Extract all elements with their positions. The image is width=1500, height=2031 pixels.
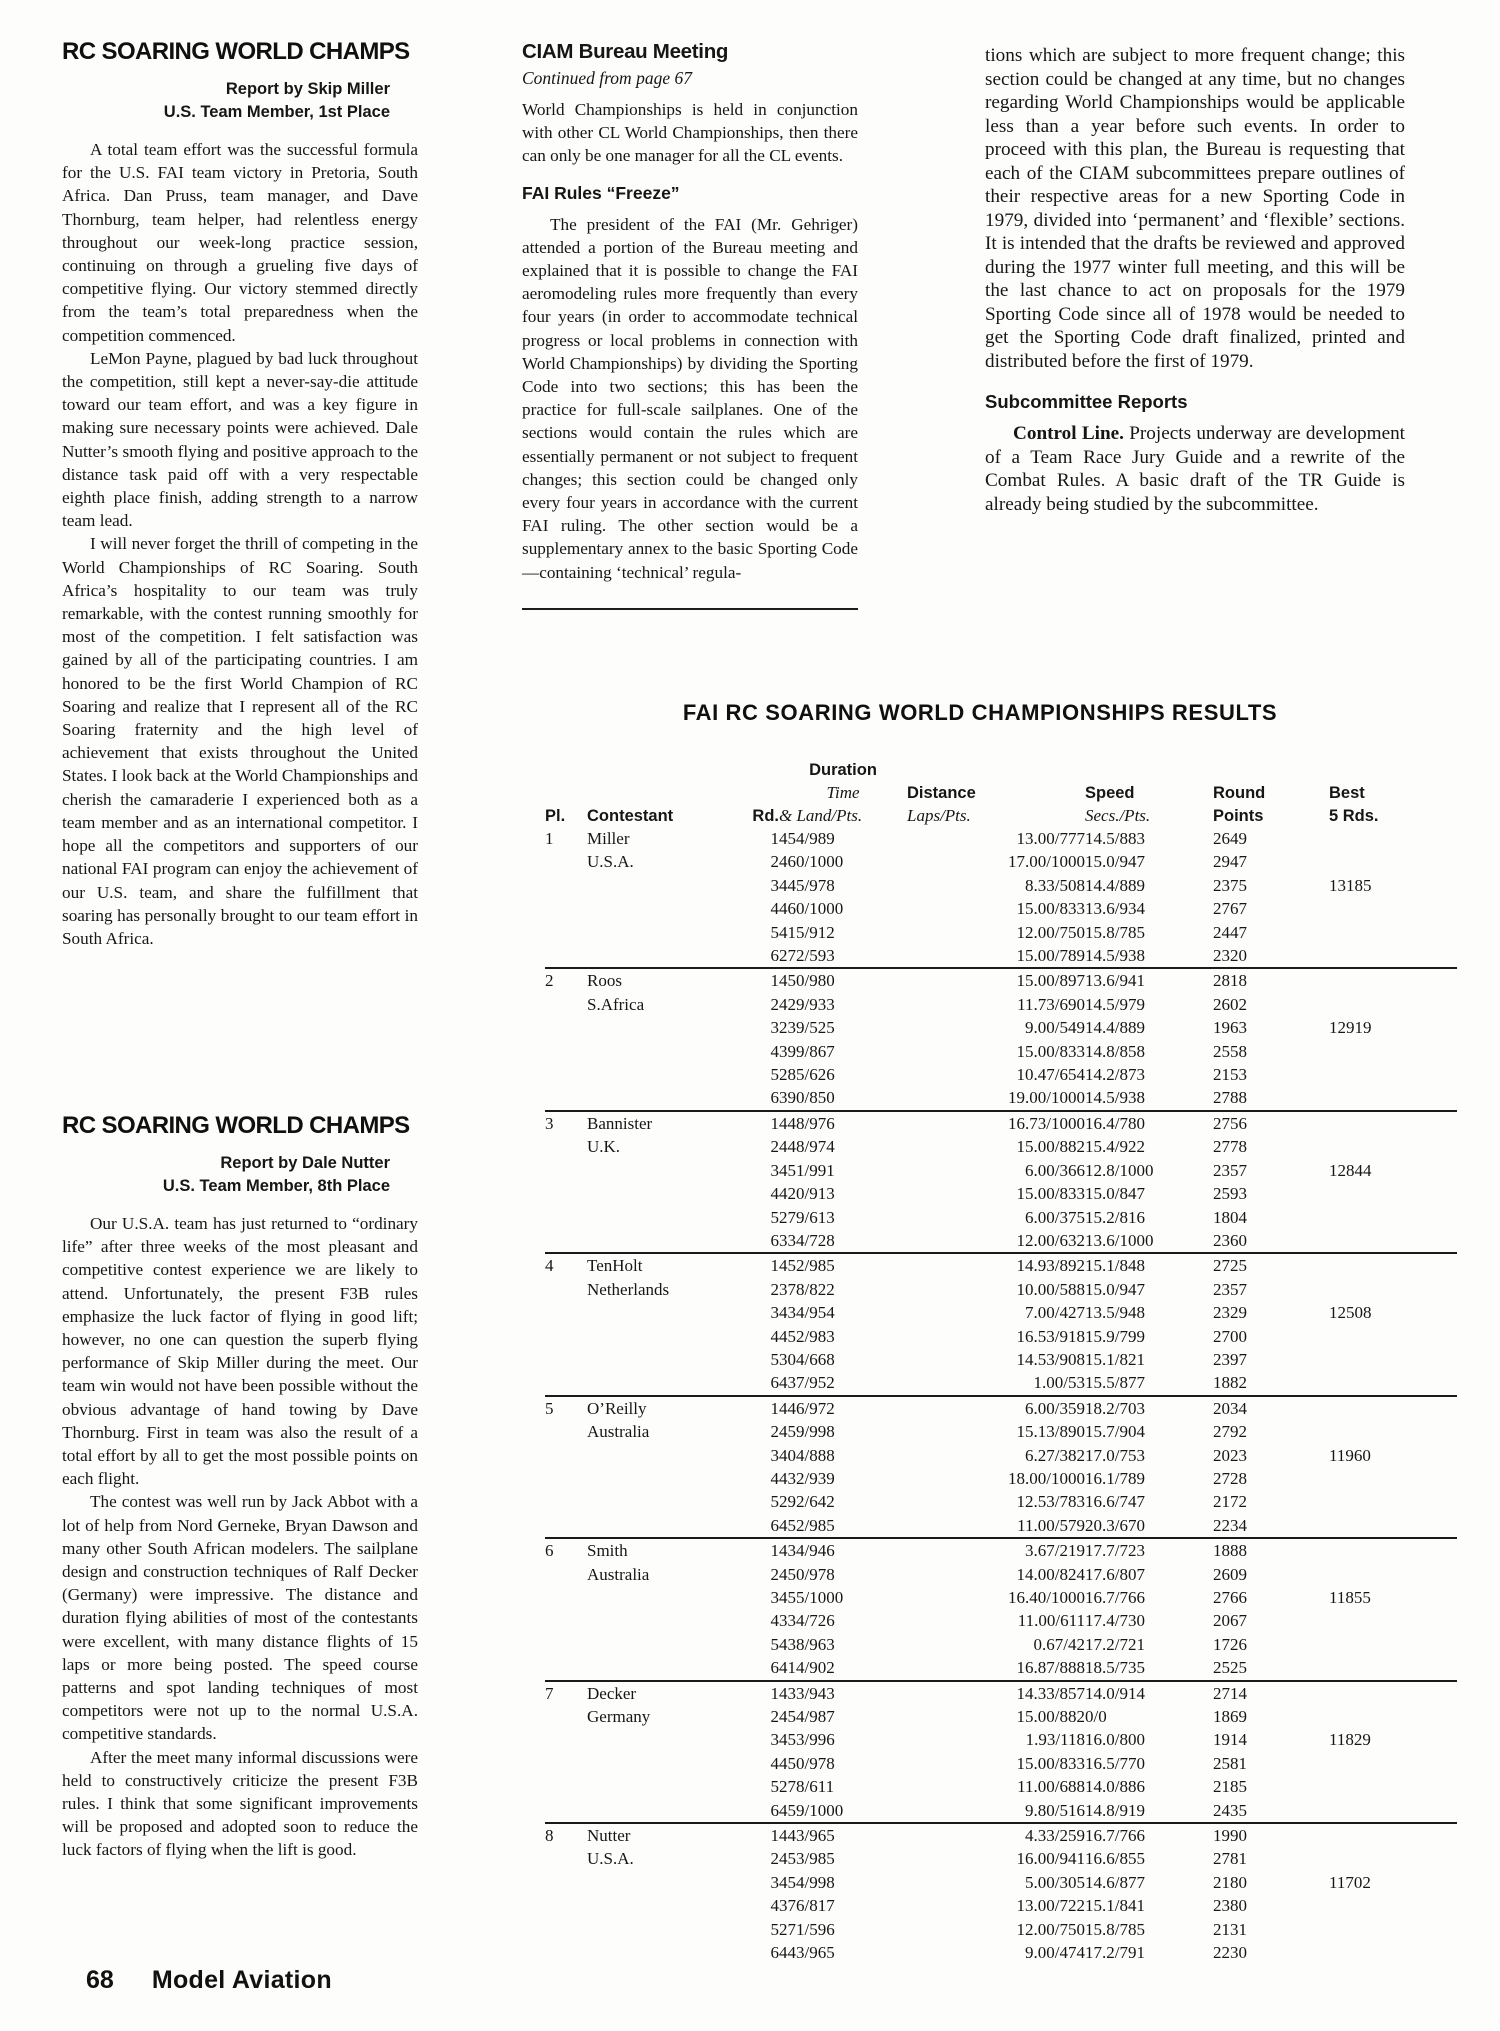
cell-place: [545, 1444, 587, 1467]
cell-distance: 16.40/1000: [907, 1586, 1085, 1609]
cell-speed: 0/0: [1085, 1705, 1213, 1728]
cell-round: 2: [735, 1278, 779, 1301]
cell-round: 1: [735, 1111, 779, 1135]
header-spacer: [907, 758, 1457, 781]
cell-points: 2781: [1213, 1847, 1329, 1870]
header-spacer: [545, 758, 779, 781]
cell-best: [1329, 1420, 1457, 1443]
header-laps-pts: Laps/Pts.: [907, 804, 1085, 827]
cell-contestant: [587, 1894, 735, 1917]
cell-best: [1329, 1111, 1457, 1135]
cell-contestant: [587, 944, 735, 968]
cell-contestant: [587, 1325, 735, 1348]
cell-points: 2593: [1213, 1182, 1329, 1205]
header-best-rds: 5 Rds.: [1329, 804, 1457, 827]
cell-round: 6: [735, 1229, 779, 1253]
cell-distance: 0.67/42: [907, 1633, 1085, 1656]
cell-speed: 14.8/919: [1085, 1799, 1213, 1823]
cell-round: 5: [735, 1775, 779, 1798]
cell-place: [545, 1752, 587, 1775]
cell-round: 2: [735, 1563, 779, 1586]
cell-points: 2131: [1213, 1918, 1329, 1941]
results-row: 3445/9788.33/50814.4/889237513185: [545, 874, 1457, 897]
cell-best: [1329, 1538, 1457, 1562]
cell-distance: 9.80/516: [907, 1799, 1085, 1823]
results-row: 5O’Reilly1446/9726.00/35918.2/7032034: [545, 1396, 1457, 1420]
results-row: 6414/90216.87/88818.5/7352525: [545, 1656, 1457, 1680]
cell-points: 2700: [1213, 1325, 1329, 1348]
cell-speed: 15.7/904: [1085, 1420, 1213, 1443]
cell-duration: 443/965: [779, 1941, 907, 1964]
cell-distance: 9.00/474: [907, 1941, 1085, 1964]
cell-duration: 459/998: [779, 1420, 907, 1443]
cell-points: 2397: [1213, 1348, 1329, 1371]
header-row-3: Pl. Contestant Rd. & Land/Pts. Laps/Pts.…: [545, 804, 1457, 827]
magazine-name: Model Aviation: [152, 1966, 332, 1995]
cell-distance: 14.93/892: [907, 1253, 1085, 1277]
cell-best: [1329, 1206, 1457, 1229]
cell-round: 1: [735, 1823, 779, 1847]
cell-best: [1329, 1229, 1457, 1253]
cell-points: 2360: [1213, 1229, 1329, 1253]
results-row: 5278/61111.00/68814.0/8862185: [545, 1775, 1457, 1798]
results-row: S.Africa2429/93311.73/69014.5/9792602: [545, 993, 1457, 1016]
cell-contestant: [587, 1206, 735, 1229]
cell-duration: 450/978: [779, 1563, 907, 1586]
article-soaring-nutter: RC SOARING WORLD CHAMPS Report by Dale N…: [62, 1112, 418, 1862]
cell-best: 11855: [1329, 1586, 1457, 1609]
paragraph: The contest was well run by Jack Abbot w…: [62, 1490, 418, 1745]
cell-place: [545, 874, 587, 897]
cell-contestant: U.S.A.: [587, 1847, 735, 1870]
cell-duration: 452/985: [779, 1253, 907, 1277]
results-row: 1Miller1454/98913.00/77714.5/8832649: [545, 827, 1457, 850]
cell-contestant: [587, 1444, 735, 1467]
header-time: Time: [779, 781, 907, 804]
cell-points: 2380: [1213, 1894, 1329, 1917]
cell-best: [1329, 1348, 1457, 1371]
cell-speed: 18.2/703: [1085, 1396, 1213, 1420]
cell-points: 2725: [1213, 1253, 1329, 1277]
results-row: 3Bannister1448/97616.73/100016.4/7802756: [545, 1111, 1457, 1135]
cell-duration: 239/525: [779, 1016, 907, 1039]
byline: Report by Dale Nutter U.S. Team Member, …: [62, 1152, 418, 1198]
cell-contestant: [587, 1348, 735, 1371]
cell-best: [1329, 1894, 1457, 1917]
cell-distance: 10.00/588: [907, 1278, 1085, 1301]
cell-points: 2766: [1213, 1586, 1329, 1609]
cell-contestant: [587, 1918, 735, 1941]
cell-distance: 11.00/688: [907, 1775, 1085, 1798]
results-row: 6443/9659.00/47417.2/7912230: [545, 1941, 1457, 1964]
article-ciam-continued: tions which are subject to more frequent…: [985, 44, 1405, 516]
cell-round: 2: [735, 993, 779, 1016]
results-row: 2Roos1450/98015.00/89713.6/9412818: [545, 968, 1457, 992]
cell-points: 2788: [1213, 1086, 1329, 1110]
cell-speed: 17.0/753: [1085, 1444, 1213, 1467]
cell-best: 12844: [1329, 1159, 1457, 1182]
cell-distance: 18.00/1000: [907, 1467, 1085, 1490]
cell-place: [545, 1325, 587, 1348]
cell-contestant: Australia: [587, 1420, 735, 1443]
cell-contestant: TenHolt: [587, 1253, 735, 1277]
cell-best: [1329, 1467, 1457, 1490]
cell-place: [545, 1847, 587, 1870]
cell-best: [1329, 1847, 1457, 1870]
cell-round: 6: [735, 1799, 779, 1823]
cell-best: [1329, 1799, 1457, 1823]
cell-place: [545, 1918, 587, 1941]
cell-speed: 15.2/816: [1085, 1206, 1213, 1229]
cell-speed: 14.6/877: [1085, 1871, 1213, 1894]
cell-distance: 16.73/1000: [907, 1111, 1085, 1135]
cell-speed: 18.5/735: [1085, 1656, 1213, 1680]
cell-round: 5: [735, 1918, 779, 1941]
cell-contestant: [587, 897, 735, 920]
cell-best: [1329, 1656, 1457, 1680]
cell-best: [1329, 1182, 1457, 1205]
article-title: RC SOARING WORLD CHAMPS: [62, 1112, 418, 1140]
cell-distance: 9.00/549: [907, 1016, 1085, 1039]
cell-speed: 16.7/766: [1085, 1823, 1213, 1847]
cell-distance: 12.53/783: [907, 1490, 1085, 1513]
cell-duration: 454/998: [779, 1871, 907, 1894]
results-row: 6437/9521.00/5315.5/8771882: [545, 1371, 1457, 1395]
cell-contestant: [587, 1941, 735, 1964]
cell-speed: 15.0/947: [1085, 850, 1213, 873]
cell-contestant: [587, 1371, 735, 1395]
cell-distance: 11.00/579: [907, 1514, 1085, 1538]
results-row: 6452/98511.00/57920.3/6702234: [545, 1514, 1457, 1538]
results-row: 4460/100015.00/83313.6/9342767: [545, 897, 1457, 920]
cell-contestant: [587, 1586, 735, 1609]
cell-distance: 6.00/375: [907, 1206, 1085, 1229]
article-title: RC SOARING WORLD CHAMPS: [62, 38, 418, 66]
cell-points: 2778: [1213, 1135, 1329, 1158]
results-table: Duration Time Distance Speed Round Best …: [545, 758, 1457, 1965]
cell-contestant: [587, 1301, 735, 1324]
cell-contestant: Roos: [587, 968, 735, 992]
cell-points: 1990: [1213, 1823, 1329, 1847]
cell-contestant: [587, 1159, 735, 1182]
cell-distance: 15.00/789: [907, 944, 1085, 968]
header-speed: Speed: [1085, 781, 1213, 804]
results-row: 5285/62610.47/65414.2/8732153: [545, 1063, 1457, 1086]
cell-contestant: [587, 1016, 735, 1039]
results-row: 6390/85019.00/100014.5/9382788: [545, 1086, 1457, 1110]
cell-round: 4: [735, 1325, 779, 1348]
cell-speed: 16.1/789: [1085, 1467, 1213, 1490]
cell-round: 1: [735, 1396, 779, 1420]
cell-points: 2558: [1213, 1040, 1329, 1063]
cell-duration: 453/996: [779, 1728, 907, 1751]
header-row-2: Time Distance Speed Round Best: [545, 781, 1457, 804]
cell-place: [545, 897, 587, 920]
section-heading-fai-rules-freeze: FAI Rules “Freeze”: [522, 183, 858, 204]
cell-best: [1329, 1514, 1457, 1538]
byline-author: Report by Dale Nutter: [62, 1152, 390, 1175]
cell-round: 3: [735, 1728, 779, 1751]
cell-speed: 15.5/877: [1085, 1371, 1213, 1395]
paragraph: Control Line. Projects underway are deve…: [985, 422, 1405, 516]
cell-speed: 15.8/785: [1085, 1918, 1213, 1941]
results-row: 5415/91212.00/75015.8/7852447: [545, 921, 1457, 944]
cell-best: [1329, 1823, 1457, 1847]
cell-speed: 15.0/947: [1085, 1278, 1213, 1301]
cell-speed: 13.5/948: [1085, 1301, 1213, 1324]
cell-best: [1329, 897, 1457, 920]
cell-points: 1914: [1213, 1728, 1329, 1751]
cell-points: 2756: [1213, 1111, 1329, 1135]
results-row: 6Smith1434/9463.67/21917.7/7231888: [545, 1538, 1457, 1562]
cell-distance: 12.00/632: [907, 1229, 1085, 1253]
results-row: 3239/5259.00/54914.4/889196312919: [545, 1016, 1457, 1039]
cell-best: [1329, 1396, 1457, 1420]
cell-speed: 17.2/791: [1085, 1941, 1213, 1964]
cell-round: 3: [735, 1159, 779, 1182]
cell-duration: 448/976: [779, 1111, 907, 1135]
cell-duration: 271/596: [779, 1918, 907, 1941]
cell-points: 2034: [1213, 1396, 1329, 1420]
cell-round: 1: [735, 968, 779, 992]
page-footer: 68 Model Aviation: [86, 1966, 332, 1995]
results-row: 6272/59315.00/78914.5/9382320: [545, 944, 1457, 968]
cell-distance: 16.87/888: [907, 1656, 1085, 1680]
cell-best: [1329, 993, 1457, 1016]
cell-round: 2: [735, 1705, 779, 1728]
cell-round: 3: [735, 1016, 779, 1039]
cell-distance: 15.00/882: [907, 1135, 1085, 1158]
results-row: 4TenHolt1452/98514.93/89215.1/8482725: [545, 1253, 1457, 1277]
cell-duration: 452/983: [779, 1325, 907, 1348]
cell-duration: 448/974: [779, 1135, 907, 1158]
cell-round: 2: [735, 850, 779, 873]
cell-contestant: [587, 1086, 735, 1110]
cell-duration: 285/626: [779, 1063, 907, 1086]
cell-points: 2447: [1213, 921, 1329, 944]
cell-speed: 17.2/721: [1085, 1633, 1213, 1656]
cell-speed: 14.8/858: [1085, 1040, 1213, 1063]
cell-place: [545, 1086, 587, 1110]
cell-duration: 453/985: [779, 1847, 907, 1870]
cell-contestant: [587, 1775, 735, 1798]
cell-contestant: Decker: [587, 1681, 735, 1705]
cell-contestant: Australia: [587, 1563, 735, 1586]
cell-round: 4: [735, 1752, 779, 1775]
cell-contestant: [587, 1229, 735, 1253]
cell-distance: 10.47/654: [907, 1063, 1085, 1086]
cell-distance: 19.00/1000: [907, 1086, 1085, 1110]
results-row: 4334/72611.00/61117.4/7302067: [545, 1609, 1457, 1632]
results-row: 3404/8886.27/38217.0/753202311960: [545, 1444, 1457, 1467]
cell-speed: 15.8/785: [1085, 921, 1213, 944]
cell-place: [545, 1016, 587, 1039]
results-row: 6334/72812.00/63213.6/10002360: [545, 1229, 1457, 1253]
cell-round: 4: [735, 1894, 779, 1917]
results-row: 3451/9916.00/36612.8/1000235712844: [545, 1159, 1457, 1182]
byline-author: Report by Skip Miller: [62, 78, 390, 101]
results-table-header: Duration Time Distance Speed Round Best …: [545, 758, 1457, 827]
cell-duration: 445/978: [779, 874, 907, 897]
cell-points: 1963: [1213, 1016, 1329, 1039]
results-table-title: FAI RC SOARING WORLD CHAMPIONSHIPS RESUL…: [540, 700, 1420, 726]
cell-round: 4: [735, 1609, 779, 1632]
cell-place: [545, 850, 587, 873]
results-table-body: 1Miller1454/98913.00/77714.5/8832649U.S.…: [545, 827, 1457, 1965]
cell-round: 4: [735, 1182, 779, 1205]
cell-round: 3: [735, 1301, 779, 1324]
cell-duration: 460/1000: [779, 897, 907, 920]
cell-best: [1329, 1063, 1457, 1086]
paragraph: Our U.S.A. team has just returned to “or…: [62, 1212, 418, 1490]
cell-place: [545, 1609, 587, 1632]
cell-duration: 434/954: [779, 1301, 907, 1324]
cell-distance: 13.00/777: [907, 827, 1085, 850]
cell-duration: 452/985: [779, 1514, 907, 1538]
cell-speed: 14.0/886: [1085, 1775, 1213, 1798]
cell-contestant: [587, 1609, 735, 1632]
cell-contestant: U.K.: [587, 1135, 735, 1158]
cell-duration: 446/972: [779, 1396, 907, 1420]
cell-distance: 15.13/890: [907, 1420, 1085, 1443]
cell-points: 2947: [1213, 850, 1329, 873]
cell-speed: 14.5/883: [1085, 827, 1213, 850]
cell-contestant: [587, 1633, 735, 1656]
cell-speed: 16.4/780: [1085, 1111, 1213, 1135]
cell-distance: 8.33/508: [907, 874, 1085, 897]
cell-round: 3: [735, 1871, 779, 1894]
paragraph: tions which are subject to more frequent…: [985, 44, 1405, 373]
results-row: U.S.A.2453/98516.00/94116.6/8552781: [545, 1847, 1457, 1870]
cell-best: 12508: [1329, 1301, 1457, 1324]
cell-contestant: [587, 1040, 735, 1063]
byline: Report by Skip Miller U.S. Team Member, …: [62, 78, 418, 124]
cell-points: 2602: [1213, 993, 1329, 1016]
cell-distance: 14.53/908: [907, 1348, 1085, 1371]
cell-place: [545, 1063, 587, 1086]
cell-duration: 432/939: [779, 1467, 907, 1490]
cell-duration: 378/822: [779, 1278, 907, 1301]
cell-speed: 17.7/723: [1085, 1538, 1213, 1562]
cell-best: [1329, 1775, 1457, 1798]
cell-place: [545, 1348, 587, 1371]
cell-speed: 14.5/938: [1085, 1086, 1213, 1110]
cell-best: [1329, 1705, 1457, 1728]
cell-contestant: Smith: [587, 1538, 735, 1562]
cell-duration: 438/963: [779, 1633, 907, 1656]
results-row: U.S.A.2460/100017.00/100015.0/9472947: [545, 850, 1457, 873]
cell-distance: 11.00/611: [907, 1609, 1085, 1632]
cell-contestant: Bannister: [587, 1111, 735, 1135]
cell-contestant: [587, 1871, 735, 1894]
cell-points: 1888: [1213, 1538, 1329, 1562]
header-best: Best: [1329, 781, 1457, 804]
results-row: Germany2454/98715.00/8820/01869: [545, 1705, 1457, 1728]
cell-duration: 451/991: [779, 1159, 907, 1182]
cell-duration: 429/933: [779, 993, 907, 1016]
cell-duration: 437/952: [779, 1371, 907, 1395]
cell-best: [1329, 921, 1457, 944]
cell-distance: 5.00/305: [907, 1871, 1085, 1894]
cell-place: 4: [545, 1253, 587, 1277]
paragraph: I will never forget the thrill of compet…: [62, 532, 418, 950]
cell-duration: 278/611: [779, 1775, 907, 1798]
cell-distance: 16.00/941: [907, 1847, 1085, 1870]
cell-best: [1329, 1752, 1457, 1775]
cell-best: [1329, 1918, 1457, 1941]
cell-distance: 15.00/833: [907, 1182, 1085, 1205]
cell-points: 2357: [1213, 1278, 1329, 1301]
cell-place: [545, 1159, 587, 1182]
cell-place: 7: [545, 1681, 587, 1705]
cell-round: 6: [735, 944, 779, 968]
results-row: 5438/9630.67/4217.2/7211726: [545, 1633, 1457, 1656]
cell-best: [1329, 944, 1457, 968]
cell-round: 5: [735, 1633, 779, 1656]
cell-best: [1329, 1086, 1457, 1110]
cell-best: [1329, 850, 1457, 873]
article-end-rule: [522, 608, 858, 610]
cell-points: 2767: [1213, 897, 1329, 920]
cell-duration: 460/1000: [779, 850, 907, 873]
cell-speed: 17.6/807: [1085, 1563, 1213, 1586]
results-row: Australia2459/99815.13/89015.7/9042792: [545, 1420, 1457, 1443]
cell-duration: 404/888: [779, 1444, 907, 1467]
cell-speed: 14.2/873: [1085, 1063, 1213, 1086]
cell-distance: 13.00/722: [907, 1894, 1085, 1917]
cell-points: 2792: [1213, 1420, 1329, 1443]
results-row: Netherlands2378/82210.00/58815.0/9472357: [545, 1278, 1457, 1301]
cell-round: 6: [735, 1941, 779, 1964]
cell-contestant: Miller: [587, 827, 735, 850]
cell-points: 2714: [1213, 1681, 1329, 1705]
cell-speed: 15.0/847: [1085, 1182, 1213, 1205]
cell-contestant: [587, 1467, 735, 1490]
cell-duration: 454/989: [779, 827, 907, 850]
cell-place: [545, 1040, 587, 1063]
header-round: Round: [1213, 781, 1329, 804]
cell-contestant: Netherlands: [587, 1278, 735, 1301]
cell-contestant: [587, 1752, 735, 1775]
cell-duration: 414/902: [779, 1656, 907, 1680]
cell-points: 2357: [1213, 1159, 1329, 1182]
paragraph: After the meet many informal discussions…: [62, 1746, 418, 1862]
cell-distance: 1.93/118: [907, 1728, 1085, 1751]
cell-distance: 15.00/833: [907, 1040, 1085, 1063]
cell-place: [545, 1871, 587, 1894]
cell-speed: 14.0/914: [1085, 1681, 1213, 1705]
cell-place: [545, 1206, 587, 1229]
results-row: 7Decker1433/94314.33/85714.0/9142714: [545, 1681, 1457, 1705]
cell-contestant: [587, 1063, 735, 1086]
header-contestant: Contestant: [587, 804, 735, 827]
results-row: 4450/97815.00/83316.5/7702581: [545, 1752, 1457, 1775]
cell-speed: 16.6/747: [1085, 1490, 1213, 1513]
cell-round: 5: [735, 1490, 779, 1513]
cell-place: [545, 993, 587, 1016]
cell-distance: 14.33/857: [907, 1681, 1085, 1705]
cell-duration: 292/642: [779, 1490, 907, 1513]
results-row: U.K.2448/97415.00/88215.4/9222778: [545, 1135, 1457, 1158]
cell-distance: 11.73/690: [907, 993, 1085, 1016]
cell-place: [545, 1941, 587, 1964]
cell-contestant: [587, 1514, 735, 1538]
cell-points: 1726: [1213, 1633, 1329, 1656]
cell-place: [545, 1301, 587, 1324]
cell-duration: 279/613: [779, 1206, 907, 1229]
cell-duration: 304/668: [779, 1348, 907, 1371]
cell-points: 1882: [1213, 1371, 1329, 1395]
